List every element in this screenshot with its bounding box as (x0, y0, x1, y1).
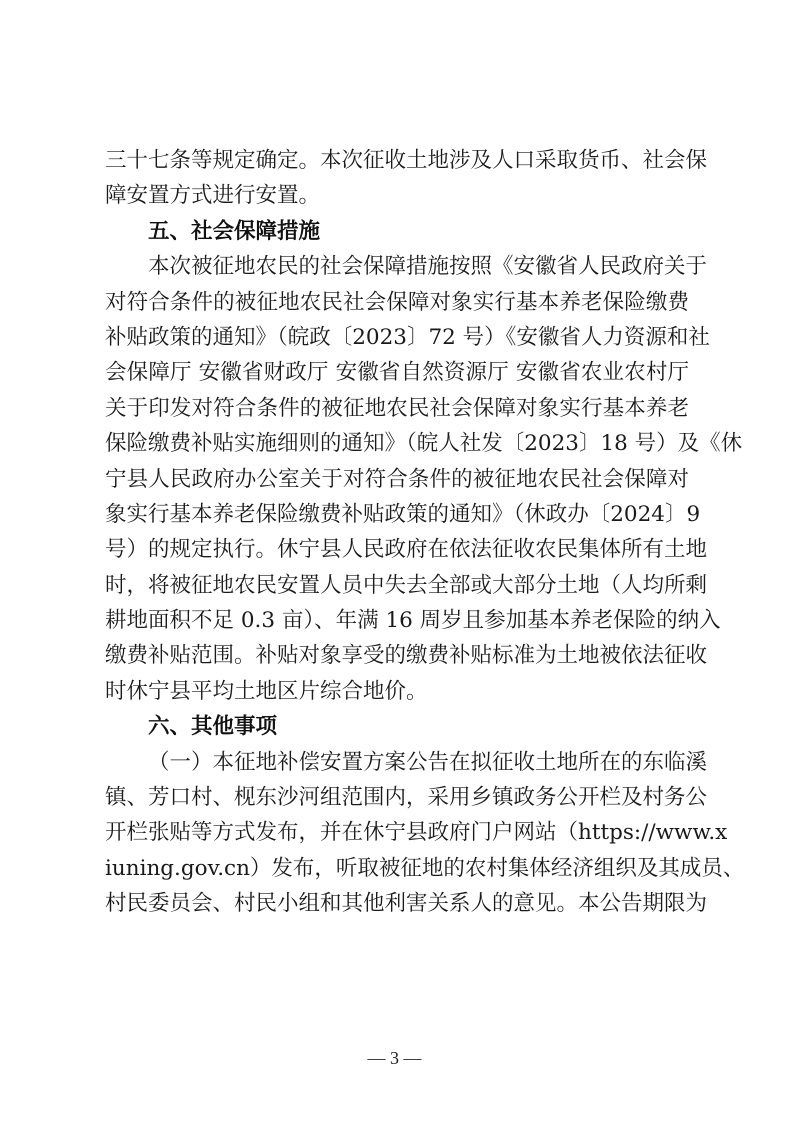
paragraph-line: 对符合条件的被征地农民社会保障对象实行基本养老保险缴费 (105, 285, 689, 320)
paragraph-line: 开栏张贴等方式发布，并在休宁县政府门户网站（https://www.x (105, 815, 689, 850)
paragraph-line: 会保障厅 安徽省财政厅 安徽省自然资源厅 安徽省农业农村厅 (105, 355, 689, 390)
paragraph-line: （一）本征地补偿安置方案公告在拟征收土地所在的东临溪 (105, 745, 689, 780)
paragraph-line: 时休宁县平均土地区片综合地价。 (105, 674, 689, 709)
paragraph-line: 村民委员会、村民小组和其他利害关系人的意见。本公告期限为 (105, 886, 689, 921)
paragraph-line: 本次被征地农民的社会保障措施按照《安徽省人民政府关于 (105, 249, 689, 284)
paragraph-line: iuning.gov.cn）发布，听取被征地的农村集体经济组织及其成员、 (105, 851, 689, 886)
section-heading-other-matters: 六、其他事项 (105, 709, 689, 744)
paragraph-line: 镇、芳口村、枧东沙河组范围内，采用乡镇政务公开栏及村务公 (105, 780, 689, 815)
paragraph-line: 保险缴费补贴实施细则的通知》（皖人社发〔2023〕18 号）及《休 (105, 426, 689, 461)
section-heading-social-security: 五、社会保障措施 (105, 214, 689, 249)
paragraph-line: 关于印发对符合条件的被征地农民社会保障对象实行基本养老 (105, 391, 689, 426)
paragraph-line: 宁县人民政府办公室关于对符合条件的被征地农民社会保障对 (105, 462, 689, 497)
document-page: 三十七条等规定确定。本次征收土地涉及人口采取货币、社会保 障安置方式进行安置。 … (0, 0, 789, 1122)
page-number: — 3 — (0, 1048, 789, 1069)
paragraph-line: 号）的规定执行。休宁县人民政府在依法征收农民集体所有土地 (105, 532, 689, 567)
paragraph-line: 缴费补贴范围。补贴对象享受的缴费补贴标准为土地被依法征收 (105, 638, 689, 673)
paragraph-line: 三十七条等规定确定。本次征收土地涉及人口采取货币、社会保 (105, 143, 689, 178)
paragraph-line: 障安置方式进行安置。 (105, 178, 689, 213)
paragraph-line: 补贴政策的通知》（皖政〔2023〕72 号）《安徽省人力资源和社 (105, 320, 689, 355)
paragraph-line: 耕地面积不足 0.3 亩）、年满 16 周岁且参加基本养老保险的纳入 (105, 603, 689, 638)
paragraph-line: 象实行基本养老保险缴费补贴政策的通知》（休政办〔2024〕9 (105, 497, 689, 532)
body-text: 三十七条等规定确定。本次征收土地涉及人口采取货币、社会保 障安置方式进行安置。 … (105, 143, 689, 922)
paragraph-line: 时，将被征地农民安置人员中失去全部或大部分土地（人均所剩 (105, 568, 689, 603)
